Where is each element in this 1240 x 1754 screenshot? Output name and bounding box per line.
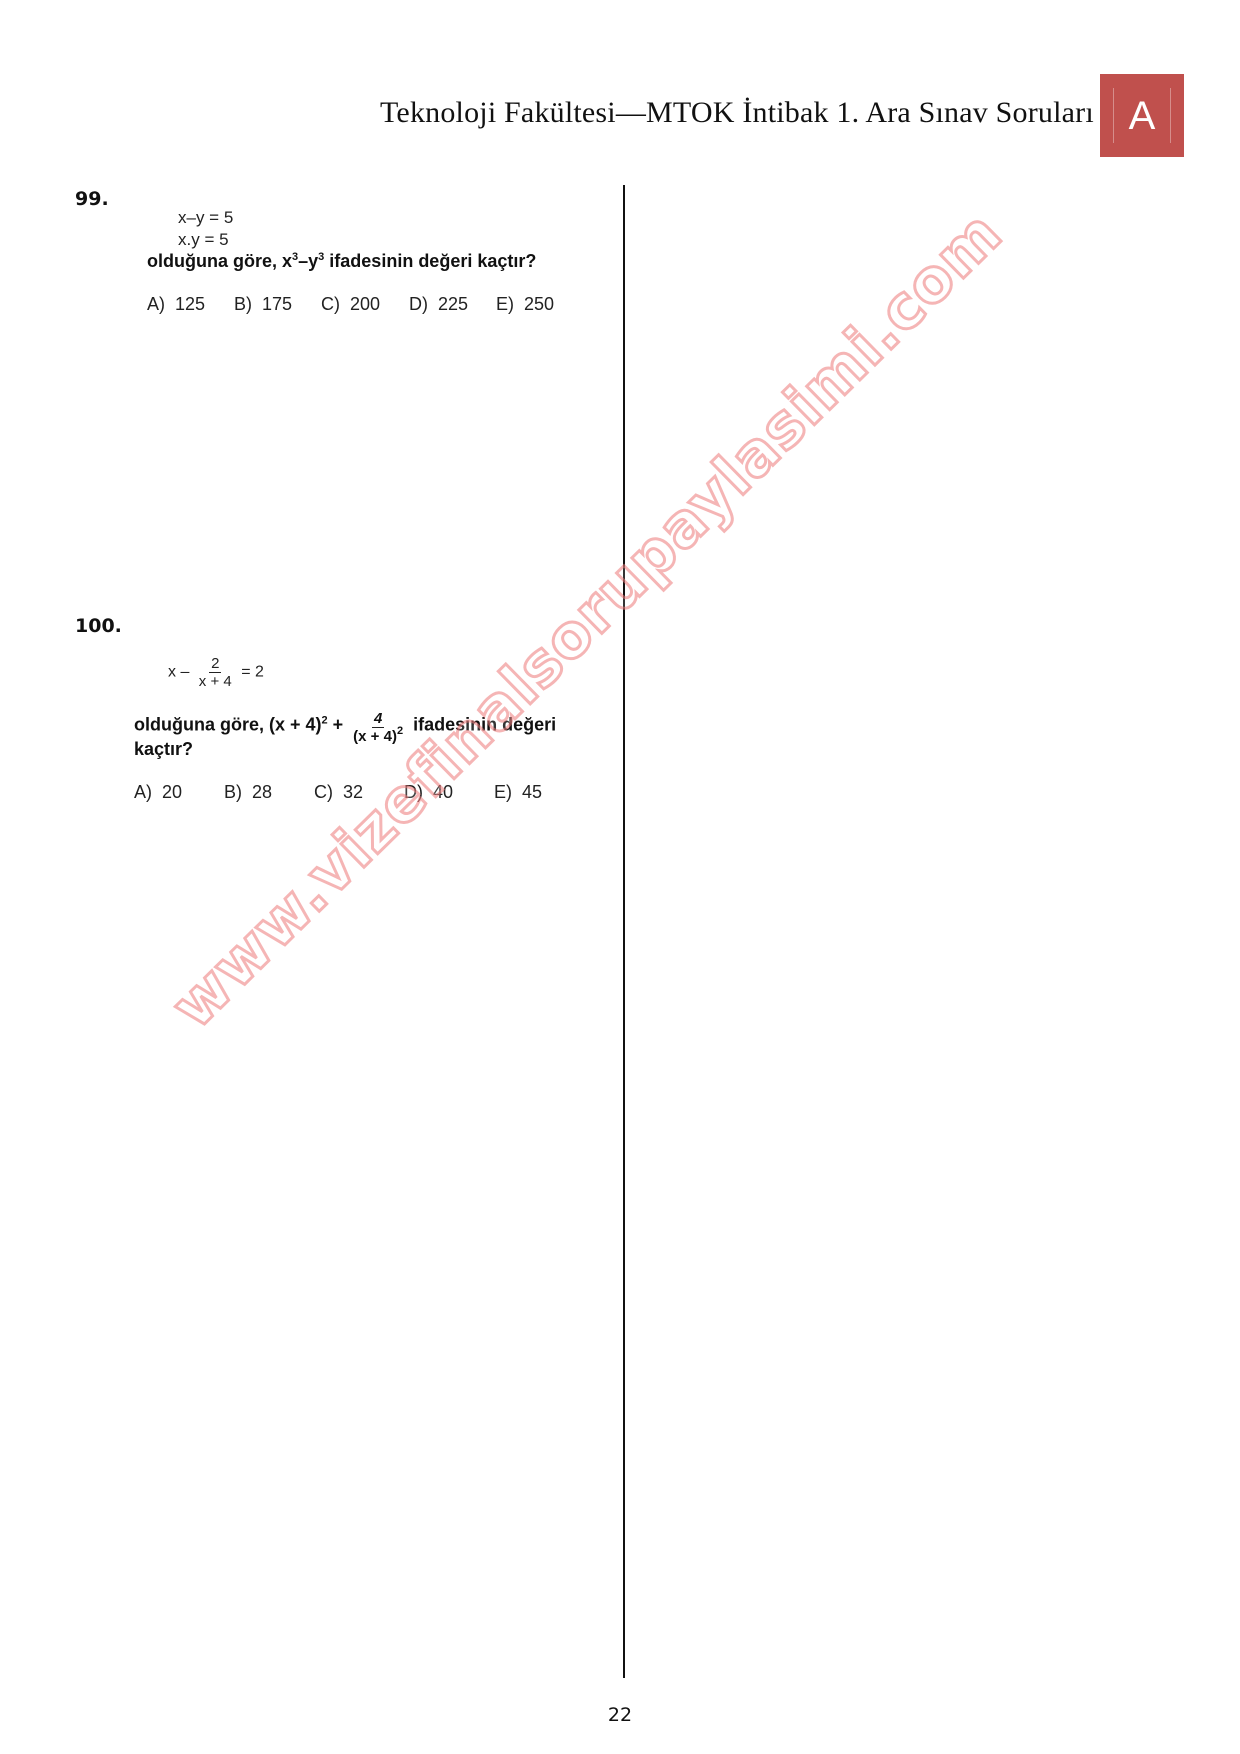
exam-group-letter: A <box>1129 96 1156 136</box>
option-b[interactable]: B) 28 <box>224 782 272 803</box>
option-e[interactable]: E) 45 <box>494 782 542 803</box>
question-number: 100. <box>75 615 122 637</box>
expression-fraction: 4 (x + 4)2 <box>351 710 405 745</box>
option-c[interactable]: C) 32 <box>314 782 363 803</box>
website-watermark: www.vizefinalsorupaylasimi.com <box>158 198 1015 1042</box>
option-c[interactable]: C) 200 <box>321 294 380 315</box>
question-text-line2: kaçtır? <box>134 738 193 760</box>
option-a[interactable]: A) 125 <box>147 294 205 315</box>
given-equation: x – 2 x + 4 = 2 <box>168 655 264 690</box>
option-a[interactable]: A) 20 <box>134 782 182 803</box>
page-number: 22 <box>0 1704 1240 1726</box>
option-b[interactable]: B) 175 <box>234 294 292 315</box>
document-header-title: Teknoloji Fakültesi—MTOK İntibak 1. Ara … <box>380 96 1092 130</box>
column-divider <box>623 185 625 1678</box>
option-d[interactable]: D) 225 <box>409 294 468 315</box>
exam-group-badge: A <box>1100 74 1184 157</box>
question-number: 99. <box>75 188 109 210</box>
given-fraction: 2 x + 4 <box>197 655 234 690</box>
option-d[interactable]: D) 40 <box>404 782 453 803</box>
question-text: olduğuna göre, (x + 4)2 + 4 (x + 4)2 ifa… <box>134 708 556 743</box>
question-text: olduğuna göre, x3–y3 ifadesinin değeri k… <box>147 250 536 272</box>
given-equation-1: x–y = 5 <box>178 207 233 229</box>
option-e[interactable]: E) 250 <box>496 294 554 315</box>
given-equation-2: x.y = 5 <box>178 229 229 251</box>
